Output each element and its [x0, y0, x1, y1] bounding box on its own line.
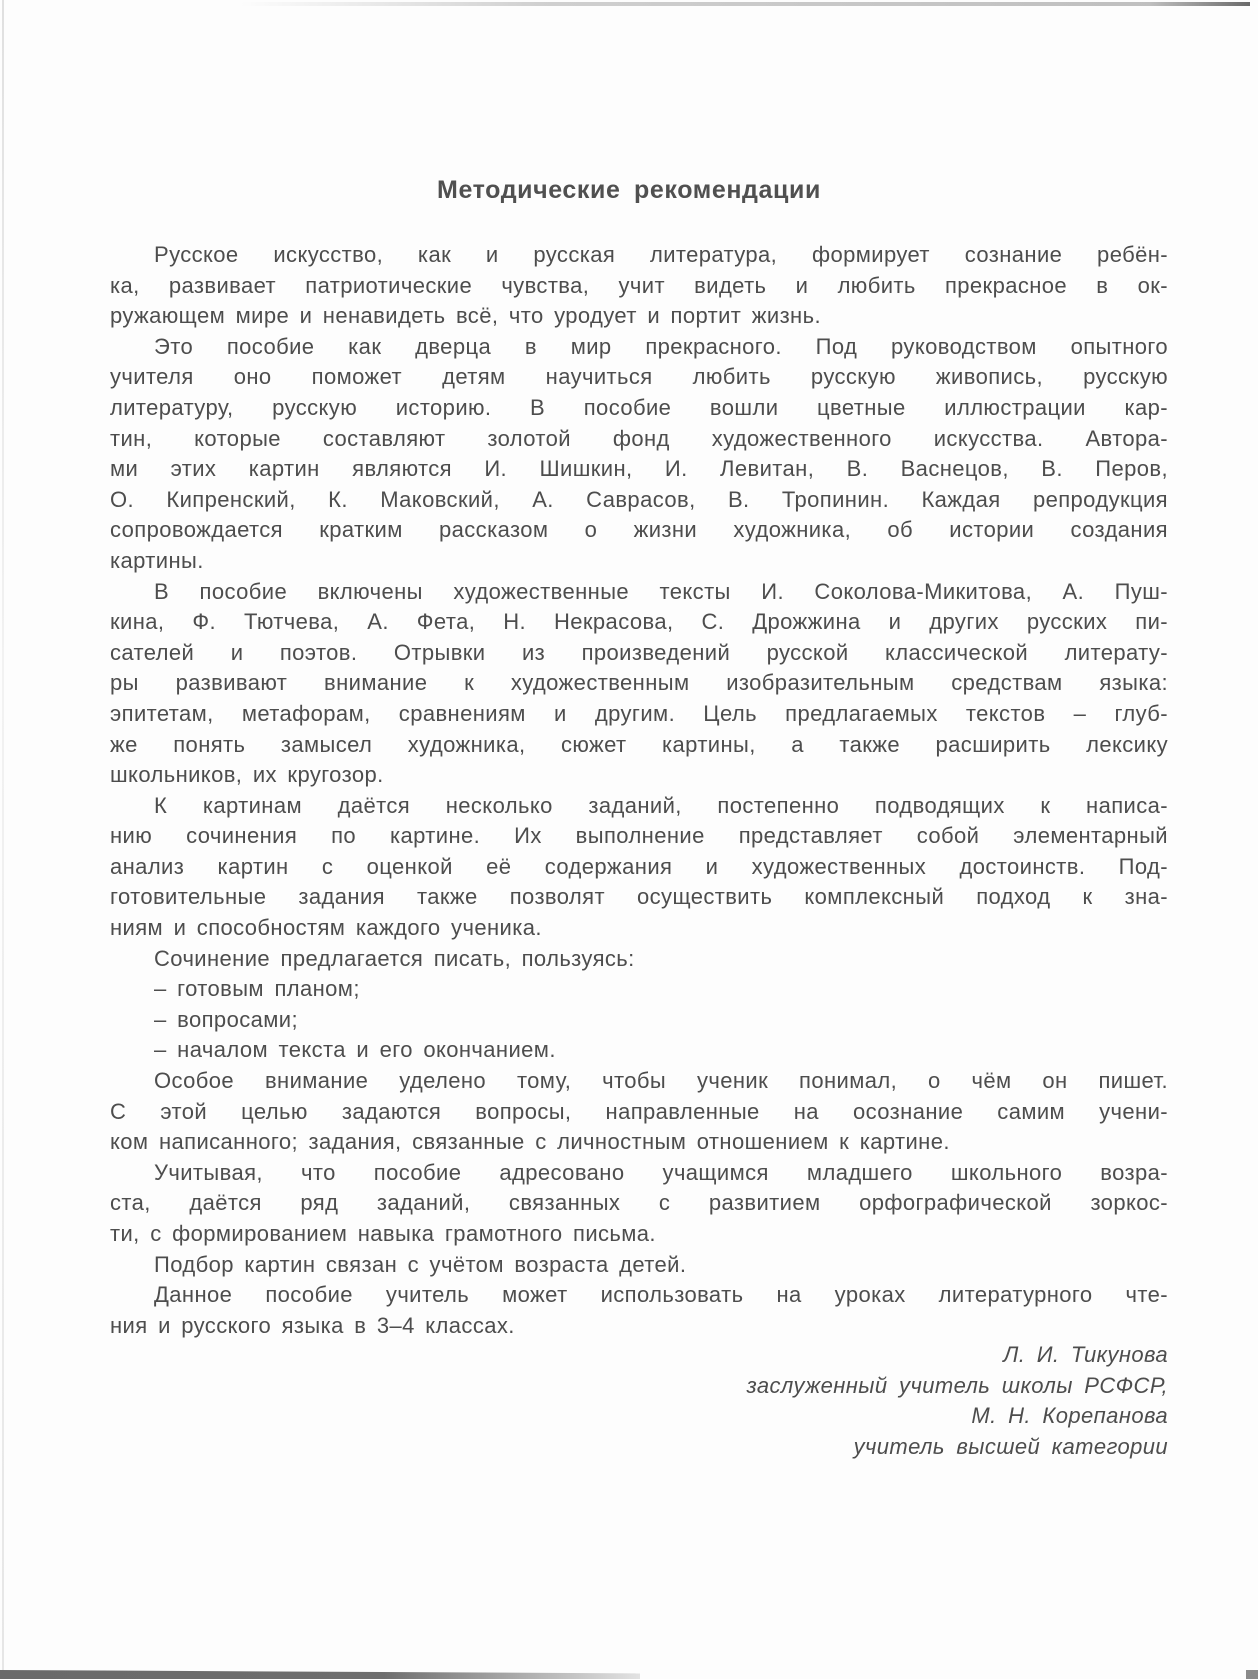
paragraph-5: Сочинение предлагается писать, пользуясь…	[110, 944, 1168, 975]
text-line: Данное пособие учитель может использоват…	[110, 1280, 1168, 1311]
text-line: В пособие включены художественные тексты…	[110, 577, 1168, 608]
author-title: учитель высшей категории	[747, 1432, 1169, 1463]
paragraph-9: Данное пособие учитель может использоват…	[110, 1280, 1168, 1341]
text-line: Сочинение предлагается писать, пользуясь…	[110, 944, 1168, 975]
text-line: сопровождается кратким рассказом о жизни…	[110, 515, 1168, 546]
text-line: школьников, их кругозор.	[110, 760, 1168, 791]
list-item: – началом текста и его окончанием.	[110, 1035, 1168, 1066]
author-title: заслуженный учитель школы РСФСР,	[747, 1371, 1169, 1402]
text-line: О. Кипренский, К. Маковский, А. Саврасов…	[110, 485, 1168, 516]
text-line: Подбор картин связан с учётом возраста д…	[110, 1250, 1168, 1281]
text-line: ры развивают внимание к художественным и…	[110, 668, 1168, 699]
text-line: картины.	[110, 546, 1168, 577]
text-line: готовительные задания также позволят осу…	[110, 882, 1168, 913]
list-item: – вопросами;	[110, 1005, 1168, 1036]
text-line: анализ картин с оценкой её содержания и …	[110, 852, 1168, 883]
text-line: ния и русского языка в 3–4 классах.	[110, 1311, 1168, 1342]
paragraph-2: Это пособие как дверца в мир прекрасного…	[110, 332, 1168, 577]
text-line: ниям и способностям каждого ученика.	[110, 913, 1168, 944]
text-line: ста, даётся ряд заданий, связанных с раз…	[110, 1188, 1168, 1219]
scanned-page: Методические рекомендации Русское искусс…	[0, 0, 1258, 1679]
paragraph-7: Учитывая, что пособие адресовано учащимс…	[110, 1158, 1168, 1250]
text-line: Учитывая, что пособие адресовано учащимс…	[110, 1158, 1168, 1189]
list-item: – готовым планом;	[110, 974, 1168, 1005]
scan-top-artifact	[240, 2, 1250, 6]
author-name: М. Н. Корепанова	[747, 1401, 1169, 1432]
text-line: же понять замысел художника, сюжет карти…	[110, 730, 1168, 761]
text-line: ми этих картин являются И. Шишкин, И. Ле…	[110, 454, 1168, 485]
essay-methods-list: – готовым планом; – вопросами; – началом…	[110, 974, 1168, 1066]
paragraph-4: К картинам даётся несколько заданий, пос…	[110, 791, 1168, 944]
page-title: Методические рекомендации	[0, 176, 1258, 205]
scan-corner-artifact	[1246, 1670, 1258, 1679]
author-name: Л. И. Тикунова	[747, 1340, 1169, 1371]
text-line: литературу, русскую историю. В пособие в…	[110, 393, 1168, 424]
scan-bottom-artifact	[0, 1670, 640, 1679]
text-line: эпитетам, метафорам, сравнениям и другим…	[110, 699, 1168, 730]
text-line: ружающем мире и ненавидеть всё, что урод…	[110, 301, 1168, 332]
text-line: сателей и поэтов. Отрывки из произведени…	[110, 638, 1168, 669]
text-line: ка, развивает патриотические чувства, уч…	[110, 271, 1168, 302]
text-line: Особое внимание уделено тому, чтобы учен…	[110, 1066, 1168, 1097]
text-line: К картинам даётся несколько заданий, пос…	[110, 791, 1168, 822]
scan-edge-artifact	[2, 0, 4, 1679]
document-body: Русское искусство, как и русская литерат…	[110, 240, 1168, 1341]
paragraph-1: Русское искусство, как и русская литерат…	[110, 240, 1168, 332]
text-line: нию сочинения по картине. Их выполнение …	[110, 821, 1168, 852]
text-line: ком написанного; задания, связанные с ли…	[110, 1127, 1168, 1158]
paragraph-8: Подбор картин связан с учётом возраста д…	[110, 1250, 1168, 1281]
text-line: кина, Ф. Тютчева, А. Фета, Н. Некрасова,…	[110, 607, 1168, 638]
paragraph-6: Особое внимание уделено тому, чтобы учен…	[110, 1066, 1168, 1158]
text-line: Это пособие как дверца в мир прекрасного…	[110, 332, 1168, 363]
text-line: тин, которые составляют золотой фонд худ…	[110, 424, 1168, 455]
text-line: Русское искусство, как и русская литерат…	[110, 240, 1168, 271]
text-line: ти, с формированием навыка грамотного пи…	[110, 1219, 1168, 1250]
text-line: С этой целью задаются вопросы, направлен…	[110, 1097, 1168, 1128]
paragraph-3: В пособие включены художественные тексты…	[110, 577, 1168, 791]
authors-signature: Л. И. Тикунова заслуженный учитель школы…	[747, 1340, 1169, 1462]
text-line: учителя оно поможет детям научиться люби…	[110, 362, 1168, 393]
